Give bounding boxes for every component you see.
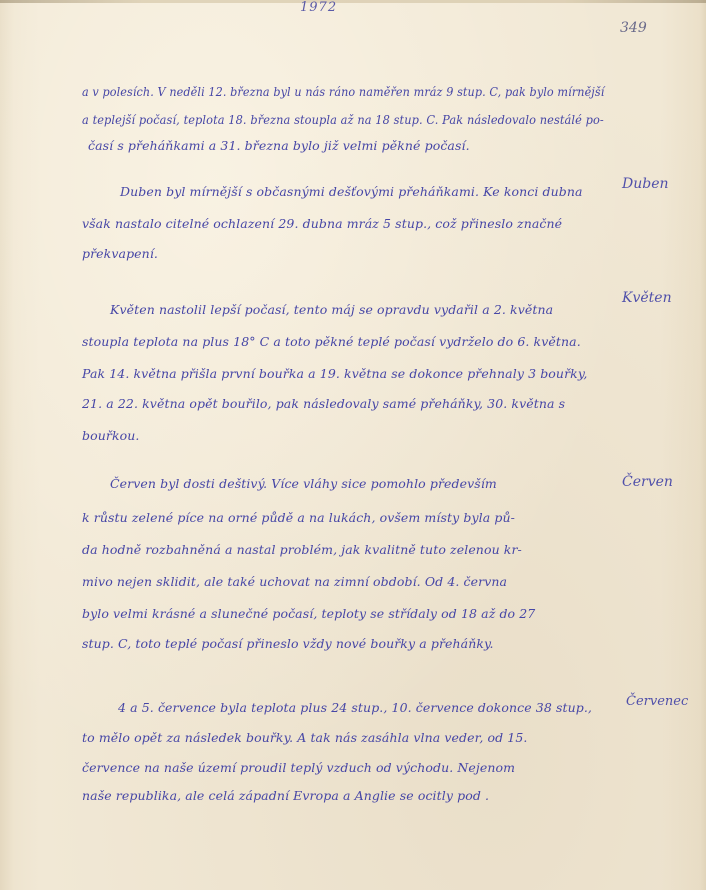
text-line: stoupla teplota na plus 18° C a toto pěk…: [82, 334, 581, 349]
margin-label-cervenec: Červenec: [626, 694, 688, 709]
text-line: Duben byl mírnější s občasnými dešťovými…: [120, 184, 583, 199]
page-number: 349: [620, 20, 647, 36]
text-line: mivo nejen sklidit, ale také uchovat na …: [82, 574, 507, 589]
text-line: a teplejší počasí, teplota 18. března st…: [82, 112, 604, 127]
text-line: časí s přeháňkami a 31. března bylo již …: [88, 138, 470, 153]
text-line: 21. a 22. května opět bouřilo, pak násle…: [82, 396, 565, 411]
text-line: bouřkou.: [82, 428, 139, 443]
text-line: Pak 14. května přišla první bouřka a 19.…: [82, 366, 587, 381]
text-line: však nastalo citelné ochlazení 29. dubna…: [82, 216, 562, 231]
margin-label-duben: Duben: [622, 176, 669, 192]
page-year: 1972: [300, 0, 337, 15]
text-line: a v polesích. V neděli 12. března byl u …: [82, 84, 604, 99]
text-line: překvapení.: [82, 246, 158, 261]
margin-label-kveten: Květen: [622, 290, 672, 306]
text-line: Květen nastolil lepší počasí, tento máj …: [110, 302, 553, 317]
text-line: bylo velmi krásné a slunečné počasí, tep…: [82, 606, 535, 621]
text-line: července na naše území proudil teplý vzd…: [82, 760, 515, 775]
text-line: to mělo opět za následek bouřky. A tak n…: [82, 730, 527, 745]
text-line: Červen byl dosti deštivý. Více vláhy sic…: [110, 476, 497, 491]
text-line: da hodně rozbahněná a nastal problém, ja…: [82, 542, 522, 557]
text-line: naše republika, ale celá západní Evropa …: [82, 788, 489, 803]
text-line: stup. C, toto teplé počasí přineslo vždy…: [82, 636, 494, 651]
margin-label-cerven: Červen: [622, 474, 673, 490]
text-line: k růstu zelené píce na orné půdě a na lu…: [82, 510, 515, 525]
text-line: 4 a 5. července byla teplota plus 24 stu…: [118, 700, 592, 715]
chronicle-page: 1972 349 a v polesích. V neděli 12. břez…: [0, 0, 706, 890]
